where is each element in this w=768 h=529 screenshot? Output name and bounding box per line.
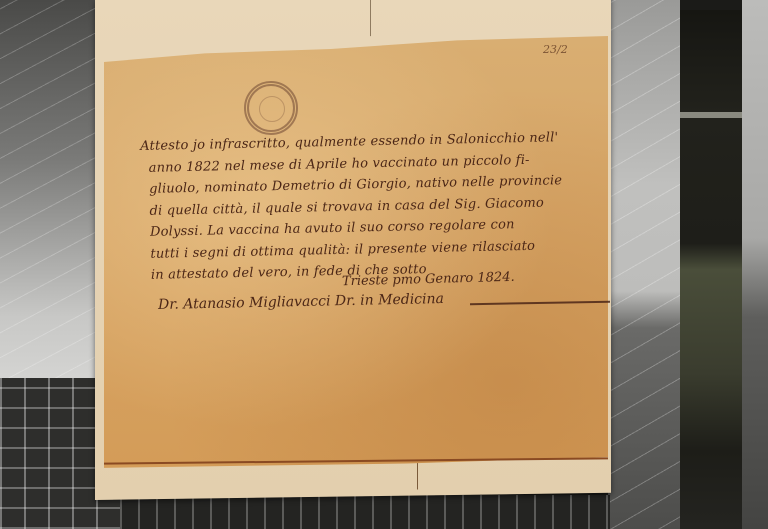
background-print-right <box>608 0 680 529</box>
folio-number: 23/2 <box>543 43 568 56</box>
background-window-bar <box>680 112 742 118</box>
background-dark-window <box>680 10 742 529</box>
background-print-far-right <box>742 0 768 529</box>
seal-stamp-icon <box>244 81 298 135</box>
manuscript-text: Attesto jo infrascritto, qualmente essen… <box>140 126 613 286</box>
seal-inner-ring <box>259 96 285 122</box>
background-print-bottom <box>120 495 610 529</box>
mount-crease-top <box>370 0 371 36</box>
